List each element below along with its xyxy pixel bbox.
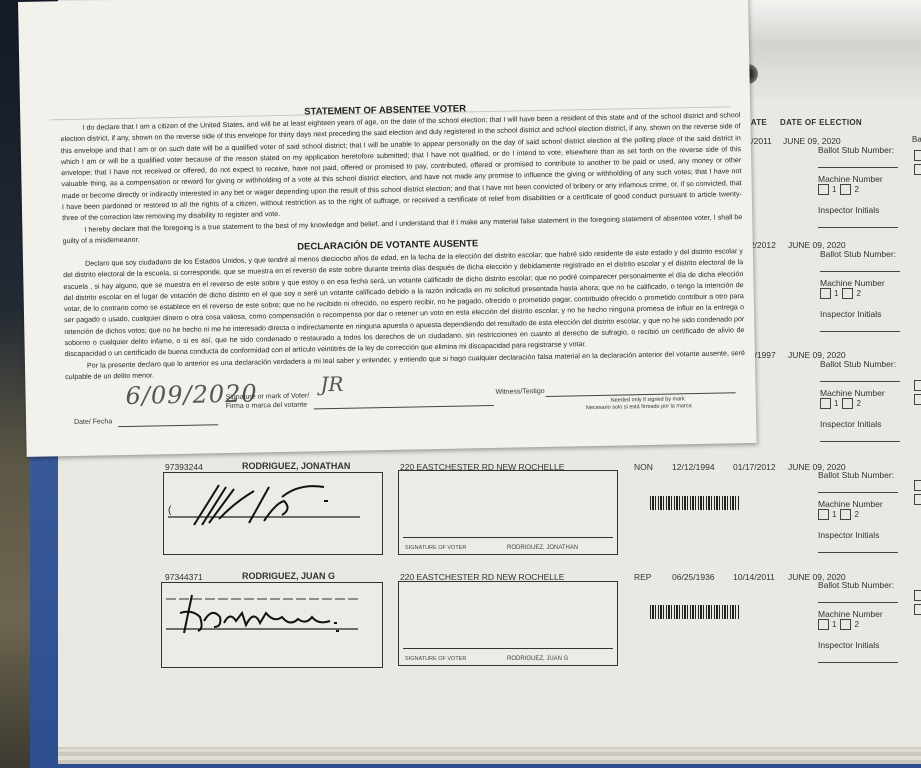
inspector-initials-field[interactable]	[818, 227, 898, 228]
ballot-stub-field[interactable]	[820, 271, 900, 272]
ballot-stub-field[interactable]	[818, 602, 898, 603]
signature-line	[403, 648, 613, 649]
ballot-stub-label: Ballot Stub Number:	[820, 359, 910, 369]
prior-signature-box: (	[163, 472, 383, 555]
inspector-initials-label: Inspector Initials	[818, 640, 908, 650]
machine-2-checkbox[interactable]	[840, 509, 851, 520]
ballot-stub-field[interactable]	[818, 492, 898, 493]
voter-dob: 06/25/1936	[672, 572, 715, 582]
machine-2-label: 2	[854, 185, 858, 194]
machine-2-checkbox[interactable]	[840, 184, 851, 195]
witness-label: Witness/Testigo	[496, 388, 545, 396]
machine-number-label: Machine Number	[818, 174, 908, 184]
statement-body-es: Declaro que soy ciudadano de los Estados…	[63, 246, 745, 383]
ballot-stub-label: Ballot Stub Number:	[820, 249, 910, 259]
machine-2-checkbox[interactable]	[842, 398, 853, 409]
machine-2-label: 2	[854, 620, 858, 629]
voter-dob: 12/12/1994	[672, 462, 715, 472]
signature-of-voter-label: SIGNATURE OF VOTER	[405, 545, 466, 551]
edge-checkbox	[914, 590, 921, 601]
poll-book-binding	[720, 0, 921, 100]
voter-party: REP	[634, 572, 651, 582]
ballot-stub-label: Ballot Stub Number:	[818, 580, 908, 590]
stub-voter-juan: Ballot Stub Number: Machine Number 12 In…	[818, 580, 908, 669]
edge-checkbox	[914, 604, 921, 615]
statement-body-en: I do declare that I am a citizen of the …	[60, 110, 742, 247]
machine-2-checkbox[interactable]	[842, 288, 853, 299]
signature-line	[314, 405, 494, 409]
signature-of-voter-box[interactable]: SIGNATURE OF VOTER RODRIGUEZ, JONATHAN	[398, 470, 618, 555]
signature-label-es: Firma o marca del votante	[226, 402, 307, 411]
inspector-initials-label: Inspector Initials	[818, 205, 908, 215]
machine-1-label: 1	[834, 289, 838, 298]
signature-of-voter-box[interactable]: SIGNATURE OF VOTER RODRIGUEZ, JUAN G	[398, 581, 618, 666]
signature-printed-name: RODRIGUEZ, JONATHAN	[507, 545, 578, 551]
prior-signature-scribble: (	[164, 473, 382, 554]
edge-ballot-label: Ba	[912, 135, 921, 144]
machine-1-checkbox[interactable]	[818, 509, 829, 520]
absentee-envelope: STATEMENT OF ABSENTEE VOTER I do declare…	[18, 0, 757, 457]
machine-1-checkbox[interactable]	[820, 288, 831, 299]
stub-row2: Ballot Stub Number: Machine Number 12 In…	[820, 249, 910, 338]
date-line	[118, 424, 218, 427]
machine-number-label: Machine Number	[820, 278, 910, 288]
voter-name: RODRIGUEZ, JONATHAN	[242, 461, 350, 471]
ballot-stub-label: Ballot Stub Number:	[818, 470, 908, 480]
machine-1-checkbox[interactable]	[818, 619, 829, 630]
prior-signature-box	[161, 582, 383, 668]
inspector-initials-field[interactable]	[820, 441, 900, 442]
ballot-stub-field[interactable]	[820, 381, 900, 382]
voter-barcode	[650, 496, 740, 510]
witness-note-es: Necesario solo si está firmado por la ma…	[586, 403, 692, 411]
ballot-stub-label: Ballot Stub Number:	[818, 145, 908, 155]
stub-voter-jonathan: Ballot Stub Number: Machine Number 12 In…	[818, 470, 908, 559]
inspector-initials-label: Inspector Initials	[820, 419, 910, 429]
machine-1-checkbox[interactable]	[818, 184, 829, 195]
machine-number-label: Machine Number	[818, 499, 908, 509]
machine-2-label: 2	[856, 399, 860, 408]
signature-area: Date/ Fecha 6/09/2020 Signature or mark …	[65, 376, 746, 439]
voter-reg-date: 10/14/2011	[733, 572, 775, 582]
machine-1-checkbox[interactable]	[820, 398, 831, 409]
edge-checkbox	[914, 164, 921, 175]
inspector-initials-field[interactable]	[818, 662, 898, 663]
machine-1-label: 1	[832, 620, 836, 629]
voter-signature[interactable]: JR	[320, 372, 344, 396]
edge-checkbox	[914, 480, 921, 491]
machine-2-checkbox[interactable]	[840, 619, 851, 630]
machine-number-label: Machine Number	[820, 388, 910, 398]
stub-row3: Ballot Stub Number: Machine Number 12 In…	[820, 359, 910, 448]
signature-of-voter-label: SIGNATURE OF VOTER	[405, 656, 466, 662]
machine-number-label: Machine Number	[818, 609, 908, 619]
stub-row1: Ballot Stub Number: Machine Number 12 In…	[818, 145, 908, 234]
voter-name: RODRIGUEZ, JUAN G	[242, 571, 335, 581]
statement-paragraph-es: Declaro que soy ciudadano de los Estados…	[63, 246, 745, 361]
machine-1-label: 1	[832, 185, 836, 194]
prior-signature-scribble	[162, 583, 382, 667]
signature-line	[403, 537, 613, 538]
date-label: Date/ Fecha	[74, 418, 112, 426]
svg-text:(: (	[168, 505, 172, 516]
signature-label-en: Signature or mark of Voter/	[226, 392, 310, 401]
machine-2-label: 2	[854, 510, 858, 519]
edge-checkbox	[914, 394, 921, 405]
machine-1-label: 1	[834, 399, 838, 408]
voter-id: 97344371	[165, 572, 203, 582]
machine-2-label: 2	[856, 289, 860, 298]
edge-checkbox	[914, 380, 921, 391]
voter-party: NON	[634, 462, 653, 472]
statement-paragraph-en: I do declare that I am a citizen of the …	[60, 110, 742, 225]
inspector-initials-field[interactable]	[818, 552, 898, 553]
edge-checkbox	[914, 150, 921, 161]
machine-1-label: 1	[832, 510, 836, 519]
ballot-stub-field[interactable]	[818, 167, 898, 168]
inspector-initials-label: Inspector Initials	[820, 309, 910, 319]
inspector-initials-field[interactable]	[820, 331, 900, 332]
signature-printed-name: RODRIGUEZ, JUAN G	[507, 656, 568, 662]
voter-barcode	[650, 605, 740, 619]
voter-id: 97393244	[165, 462, 203, 472]
voter-reg-date: 01/17/2012	[733, 462, 776, 472]
header-date-of-election: DATE OF ELECTION	[780, 118, 862, 127]
inspector-initials-label: Inspector Initials	[818, 530, 908, 540]
edge-checkbox	[914, 494, 921, 505]
